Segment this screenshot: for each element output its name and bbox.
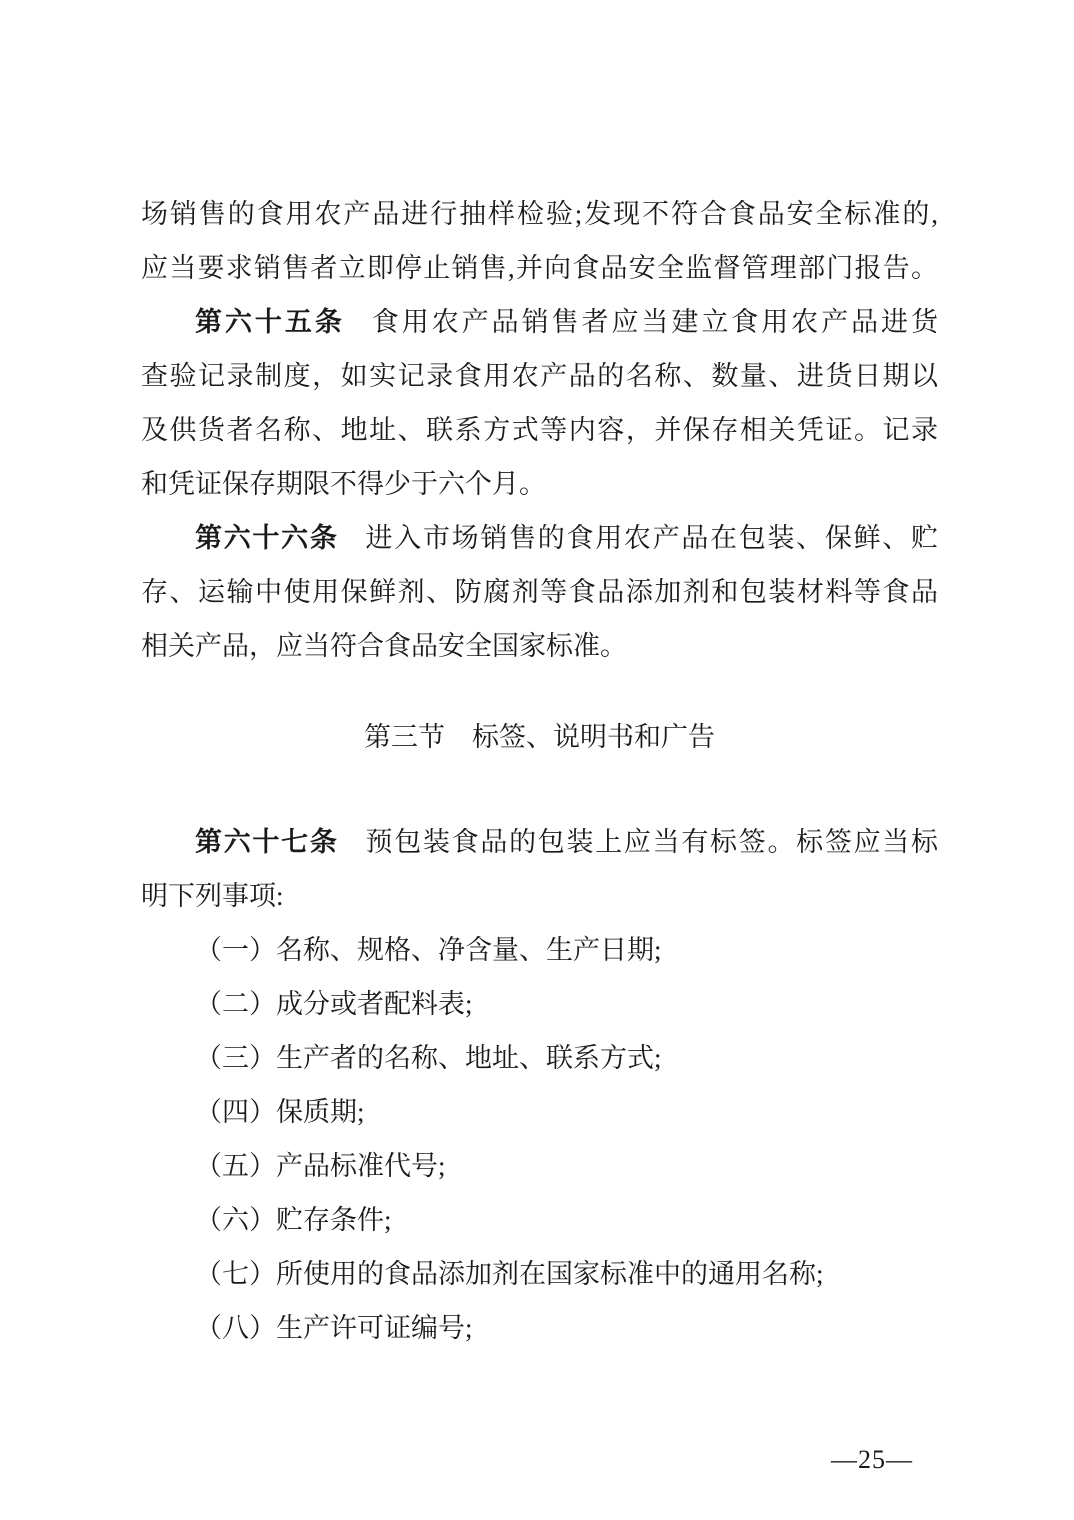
label-item-6: （六）贮存条件;: [141, 1193, 938, 1247]
article-65-number: 第六十五条: [195, 307, 345, 337]
document-page: 场销售的食用农产品进行抽样检验;发现不符合食品安全标准的, 应当要求销售者立即停…: [0, 0, 1074, 1520]
article-67-line-2: 明下列事项:: [141, 869, 938, 923]
page-number: —25—: [831, 1444, 913, 1476]
article-65-line-1: 第六十五条食用农产品销售者应当建立食用农产品进货: [141, 295, 938, 349]
article-66-number: 第六十六条: [195, 523, 339, 553]
label-item-1: （一）名称、规格、净含量、生产日期;: [141, 923, 938, 977]
label-item-4: （四）保质期;: [141, 1085, 938, 1139]
article-67-line-1: 第六十七条预包装食品的包装上应当有标签。标签应当标: [141, 815, 938, 869]
carryover-paragraph-line-1: 场销售的食用农产品进行抽样检验;发现不符合食品安全标准的,: [141, 187, 938, 241]
article-66-line-1: 第六十六条进入市场销售的食用农产品在包装、保鲜、贮: [141, 511, 938, 565]
page-content: 场销售的食用农产品进行抽样检验;发现不符合食品安全标准的, 应当要求销售者立即停…: [141, 187, 938, 1355]
carryover-paragraph-line-2: 应当要求销售者立即停止销售,并向食品安全监督管理部门报告。: [141, 241, 938, 295]
label-item-2: （二）成分或者配料表;: [141, 977, 938, 1031]
article-66-line-1-text: 进入市场销售的食用农产品在包装、保鲜、贮: [366, 523, 938, 553]
article-65-line-2: 查验记录制度，如实记录食用农产品的名称、数量、进货日期以: [141, 349, 938, 403]
label-item-5: （五）产品标准代号;: [141, 1139, 938, 1193]
article-66-line-3: 相关产品，应当符合食品安全国家标准。: [141, 619, 938, 673]
article-66-line-2: 存、运输中使用保鲜剂、防腐剂等食品添加剂和包装材料等食品: [141, 565, 938, 619]
article-65-line-1-text: 食用农产品销售者应当建立食用农产品进货: [372, 307, 938, 337]
article-65-line-3: 及供货者名称、地址、联系方式等内容，并保存相关凭证。记录: [141, 403, 938, 457]
article-67-line-1-text: 预包装食品的包装上应当有标签。标签应当标: [366, 827, 938, 857]
article-67-number: 第六十七条: [195, 827, 339, 857]
section-heading: 第三节 标签、说明书和广告: [141, 710, 938, 764]
label-item-7: （七）所使用的食品添加剂在国家标准中的通用名称;: [141, 1247, 938, 1301]
label-item-8: （八）生产许可证编号;: [141, 1301, 938, 1355]
label-item-3: （三）生产者的名称、地址、联系方式;: [141, 1031, 938, 1085]
article-65-line-4: 和凭证保存期限不得少于六个月。: [141, 457, 938, 511]
